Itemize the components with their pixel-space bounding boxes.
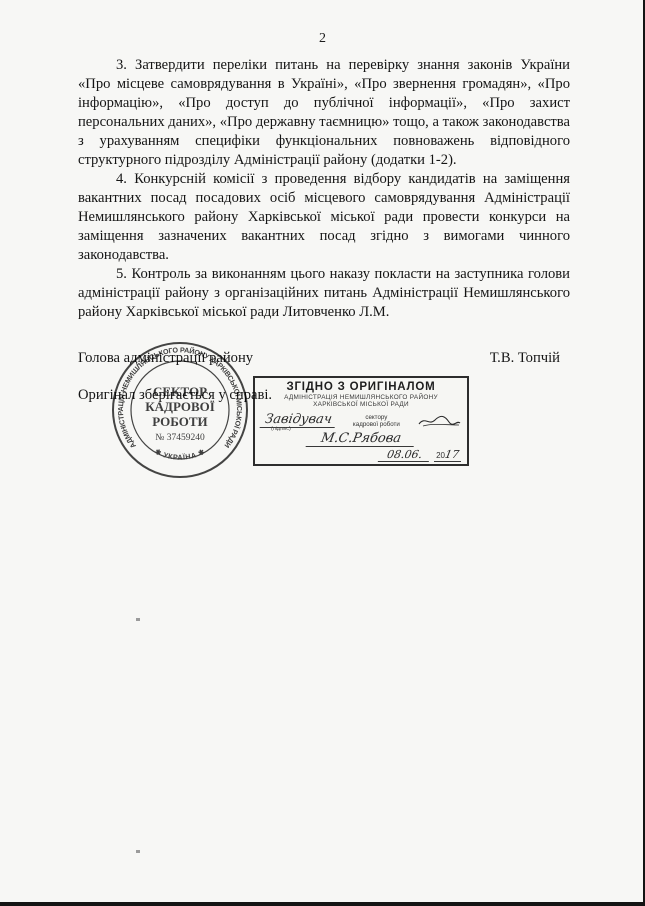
scan-speck-1 (136, 618, 140, 621)
document-body: 3. Затвердити переліки питань на перевір… (78, 56, 570, 322)
page-number: 2 (0, 31, 645, 47)
scan-edge-bottom (0, 902, 645, 906)
stamp-center-line3: РОБОТИ (152, 414, 207, 429)
date-printed-century: 2017 (434, 448, 461, 462)
paragraph-4: 4. Конкурсній комісії з проведення відбо… (78, 170, 570, 265)
stamp-ring-bottom-holder: ✱ УКРАЇНА ✱ (154, 447, 207, 462)
certification-org-line2: ХАРКІВСЬКОЇ МІСЬКОЇ РАДИ (255, 401, 467, 408)
stamp-center-line1: СЕКТОР (153, 384, 207, 399)
stamp-number: № 37459240 (155, 433, 205, 443)
handwritten-date: 08.06. (378, 448, 431, 462)
printed-position-line2: кадрової роботи (353, 421, 400, 428)
scanned-document-page: { "page": { "number": "2" }, "colors": {… (0, 0, 645, 906)
stamp-ring-bottom-text: ✱ УКРАЇНА ✱ (154, 447, 207, 462)
paragraph-3: 3. Затвердити переліки питань на перевір… (78, 56, 570, 170)
certification-stamp: ЗГІДНО З ОРИГІНАЛОМ АДМІНІСТРАЦІЯ НЕМИШЛ… (253, 376, 469, 466)
signature-scribble (417, 414, 461, 428)
handwritten-name: М.С.Рябова (306, 431, 417, 447)
round-stamp: АДМІНІСТРАЦІЯ НЕМИШЛЯНСЬКОГО РАЙОНУ ХАРК… (110, 340, 250, 480)
certification-title: ЗГІДНО З ОРИГІНАЛОМ (255, 381, 467, 393)
date-row: 08.06. 2017 (379, 448, 461, 462)
certification-org-line1: АДМІНІСТРАЦІЯ НЕМИШЛЯНСЬКОГО РАЙОНУ (255, 394, 467, 401)
position-caption: (підпис) (271, 426, 291, 432)
round-stamp-graphic: АДМІНІСТРАЦІЯ НЕМИШЛЯНСЬКОГО РАЙОНУ ХАРК… (110, 340, 250, 480)
scan-speck-2 (136, 850, 140, 853)
signatory-name: Т.В. Топчій (490, 350, 560, 367)
paragraph-5: 5. Контроль за виконанням цього наказу п… (78, 265, 570, 322)
handwritten-year: 17 (444, 448, 460, 461)
stamp-center-line2: КАДРОВОЇ (145, 399, 215, 414)
printed-position: сектору кадрової роботи (353, 415, 400, 428)
